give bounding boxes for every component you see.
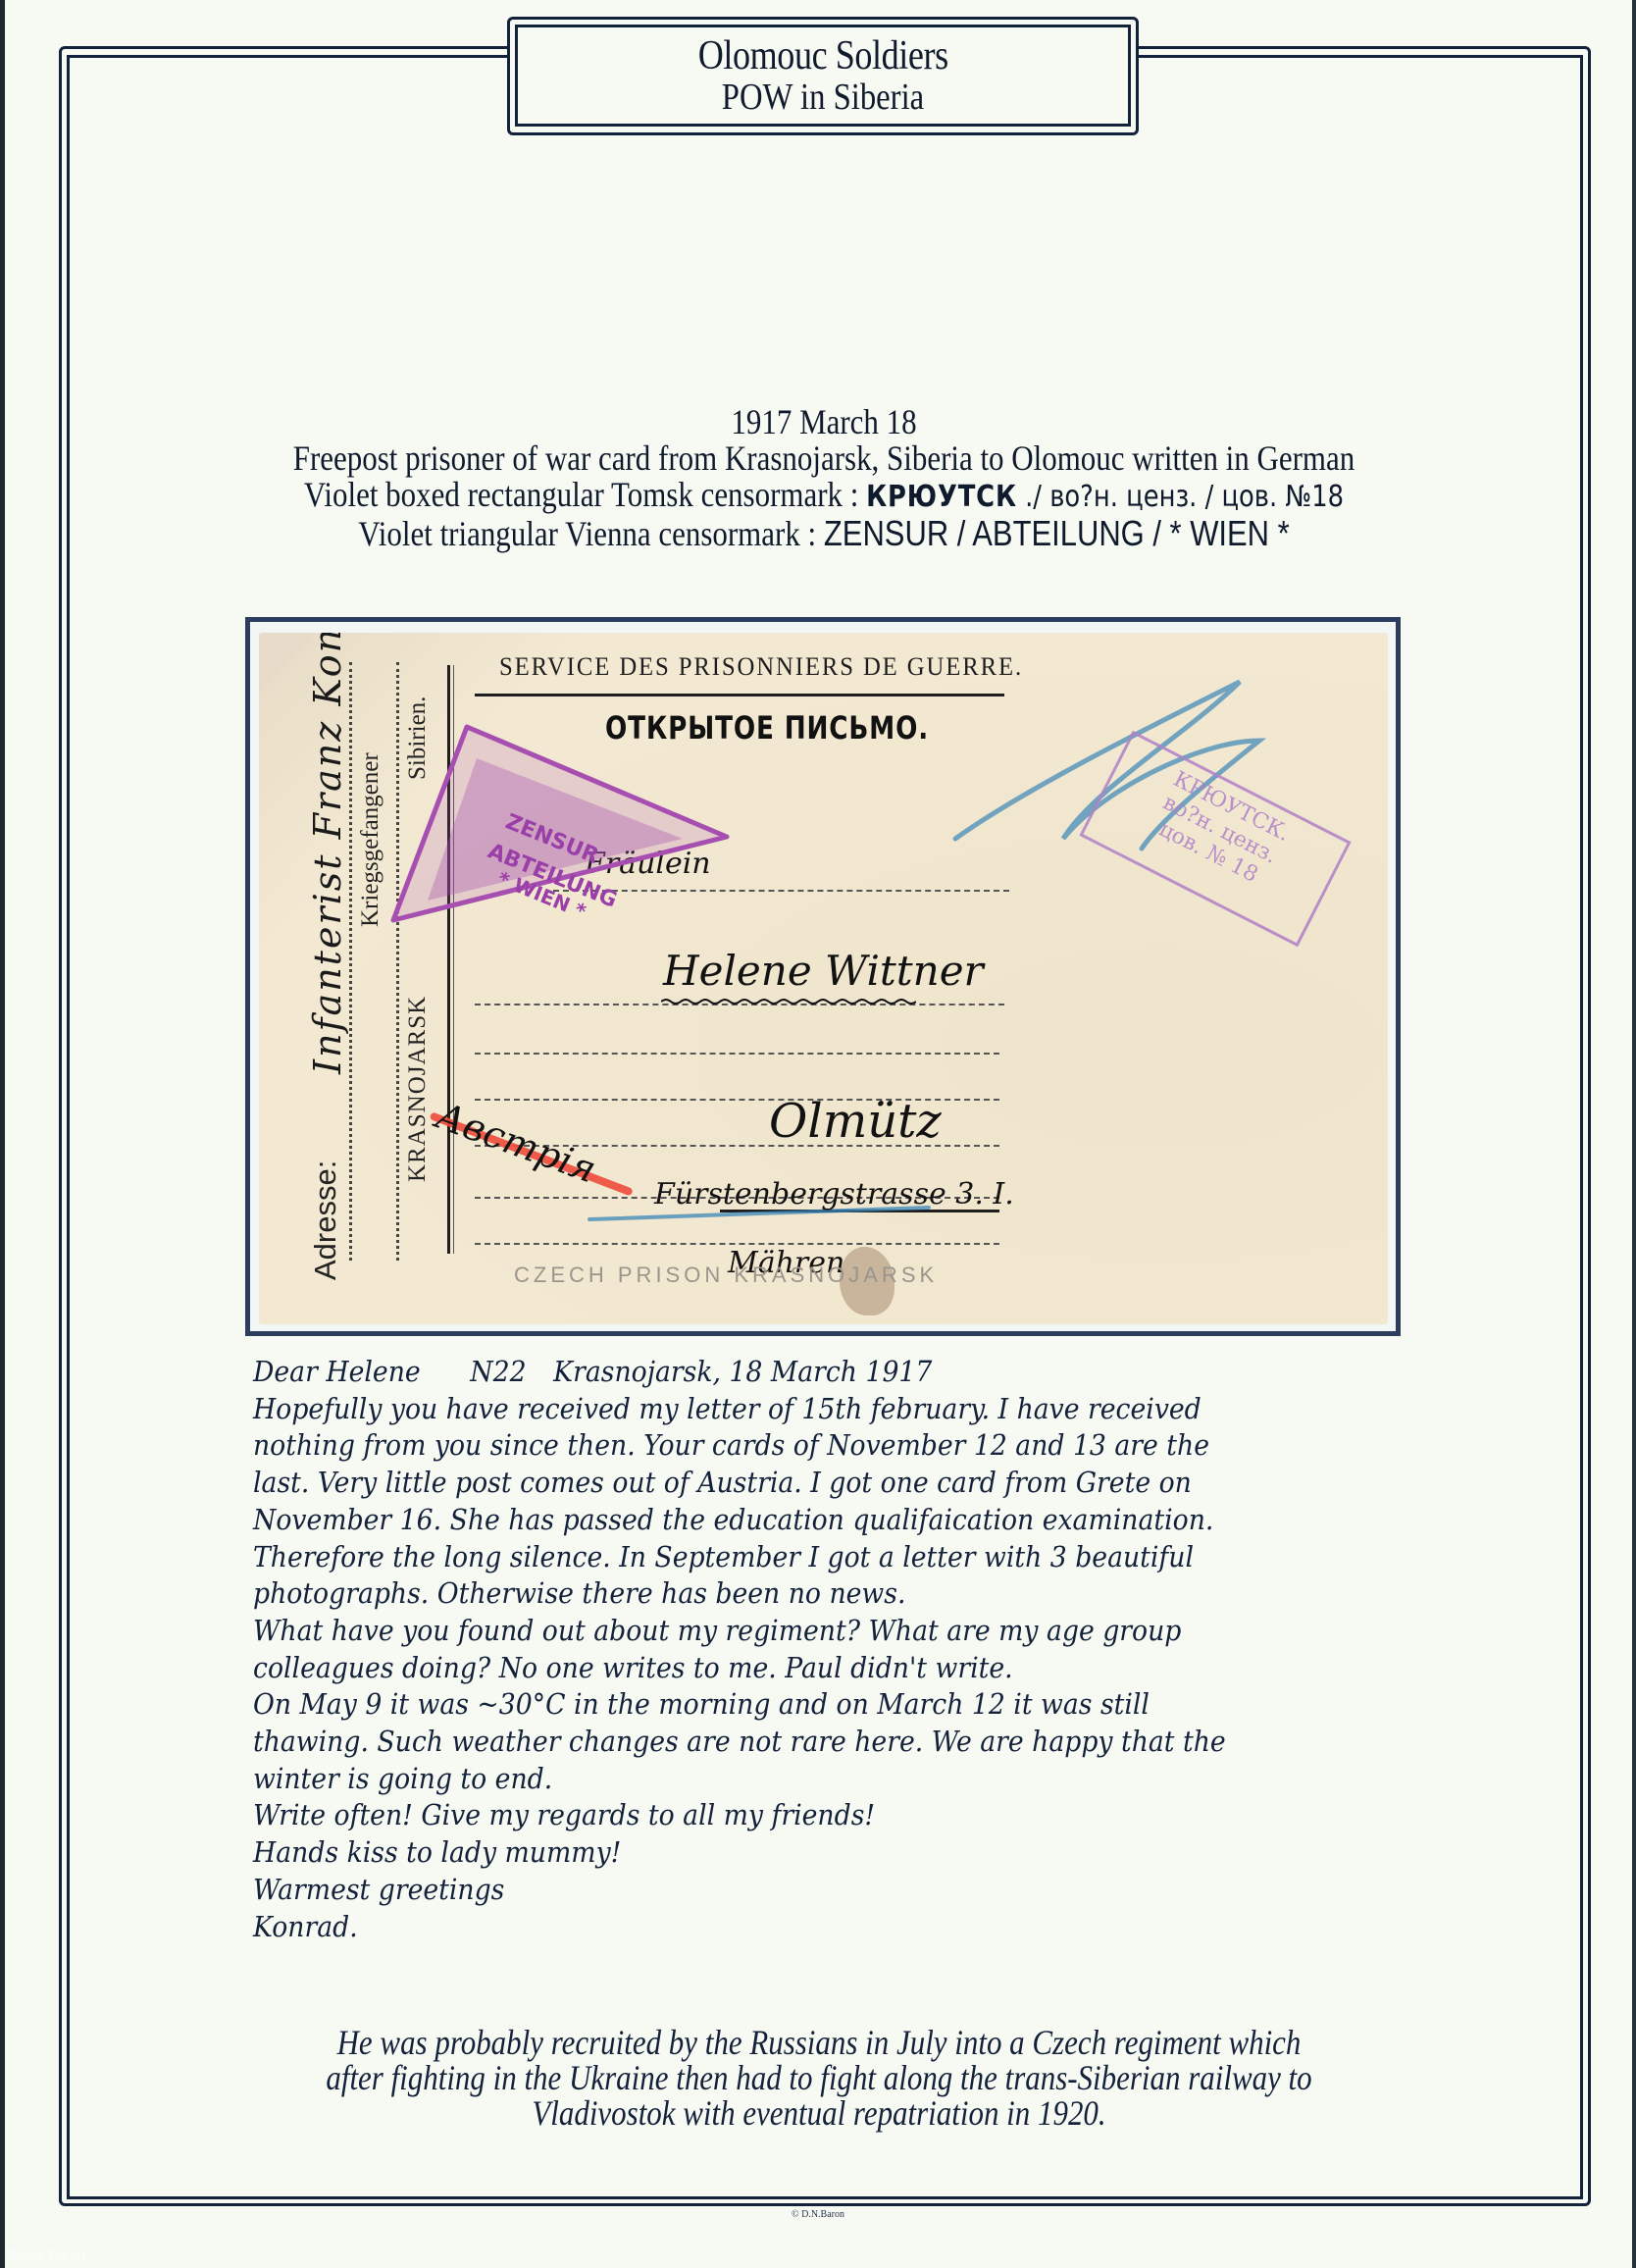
sender-status: Kriegsgefangener (357, 752, 384, 927)
caption-date: 1917 March 18 (200, 404, 1449, 440)
letter-line: What have you found out about my regimen… (253, 1613, 1291, 1650)
sender-city: KRASNOJARSK (404, 996, 432, 1182)
vienna-label: Violet triangular Vienna censormark : (358, 514, 824, 553)
tomsk-mark-name: КРЮУТСК (866, 480, 1017, 514)
letter-signature: Konrad. (253, 1909, 1291, 1946)
recipient-name: Helene Wittner (663, 947, 984, 995)
scan-edge-left (0, 0, 5, 2268)
caption-vienna-censormark: Violet triangular Vienna censormark : ZE… (200, 515, 1449, 552)
page-title: Olomouc Soldiers (698, 34, 948, 77)
postcard-image: Adresse: Infanterist Franz Konrad Kriegs… (259, 633, 1388, 1324)
caption-tomsk-censormark: Violet boxed rectangular Tomsk censormar… (200, 477, 1449, 515)
title-box: Olomouc Soldiers POW in Siberia (515, 25, 1131, 127)
recipient-city: Olmütz (769, 1094, 942, 1149)
address-line-7 (475, 1243, 999, 1245)
letter-heading: Dear HeleneN22Krasnojarsk, 18 March 1917 (253, 1354, 1291, 1391)
vienna-mark-text: ZENSUR / ABTEILUNG / * WIEN * (824, 513, 1290, 553)
scan-edge-right (1632, 0, 1636, 2268)
watermark: Derek Baron (8, 2246, 85, 2262)
letter-line: Therefore the long silence. In September… (253, 1539, 1291, 1576)
letter-transcription: Dear HeleneN22Krasnojarsk, 18 March 1917… (253, 1354, 1381, 1945)
historical-note-line: after fighting in the Ukraine then had t… (250, 2060, 1389, 2095)
sender-dotted-line-1 (349, 662, 352, 1261)
letter-number: N22 (470, 1355, 526, 1388)
page-subtitle: POW in Siberia (722, 77, 924, 117)
caption-description: Freepost prisoner of war card from Krasn… (200, 440, 1449, 477)
letter-line: Write often! Give my regards to all my f… (253, 1797, 1291, 1834)
recipient-country: Австрія (431, 1094, 602, 1191)
letter-line: nothing from you since then. Your cards … (253, 1427, 1291, 1465)
letter-greeting: Dear Helene (253, 1355, 421, 1388)
copyright-notice: © D.N.Baron (0, 2209, 1636, 2220)
letter-line: Hands kiss to lady mummy! (253, 1834, 1291, 1872)
letter-line: winter is going to end. (253, 1761, 1291, 1798)
letter-line: Hopefully you have received my letter of… (253, 1391, 1291, 1428)
card-header: SERVICE DES PRISONNIERS DE GUERRE. (499, 652, 1023, 682)
letter-place-date: Krasnojarsk, 18 March 1917 (553, 1355, 932, 1388)
sender-address-label: Adresse: (308, 1160, 343, 1280)
letter-line: last. Very little post comes out of Aust… (253, 1465, 1291, 1502)
letter-line: photographs. Otherwise there has been no… (253, 1575, 1291, 1613)
letter-line: November 16. She has passed the educatio… (253, 1502, 1291, 1539)
historical-note-line: Vladivostok with eventual repatriation i… (250, 2095, 1389, 2131)
tomsk-mark-rest: ./ во?н. ценз. / цов. №18 (1017, 480, 1344, 514)
letter-line: thawing. Such weather changes are not ra… (253, 1724, 1291, 1761)
vienna-censor-stamp: ZENSUR ABTEILUNG * WIEN * (388, 719, 741, 945)
card-header-underline (475, 694, 1004, 696)
recipient-street: Fürstenbergstrasse 3. I. (654, 1177, 1014, 1211)
letter-line: colleagues doing? No one writes to me. P… (253, 1650, 1291, 1687)
letter-line: Warmest greetings (253, 1872, 1291, 1909)
recipient-name-wavy-underline (661, 998, 916, 1005)
tomsk-label: Violet boxed rectangular Tomsk censormar… (304, 475, 866, 514)
item-caption: 1917 March 18 Freepost prisoner of war c… (98, 404, 1550, 552)
historical-note: He was probably recruited by the Russian… (157, 2025, 1481, 2131)
letter-line: On May 9 it was ~30°C in the morning and… (253, 1686, 1291, 1724)
address-line-3 (475, 1053, 999, 1055)
pencil-note: CZECH PRISON KRASNOJARSK (514, 1263, 938, 1288)
sender-name-handwritten: Infanterist Franz Konrad (306, 633, 349, 1074)
historical-note-line: He was probably recruited by the Russian… (250, 2025, 1389, 2060)
